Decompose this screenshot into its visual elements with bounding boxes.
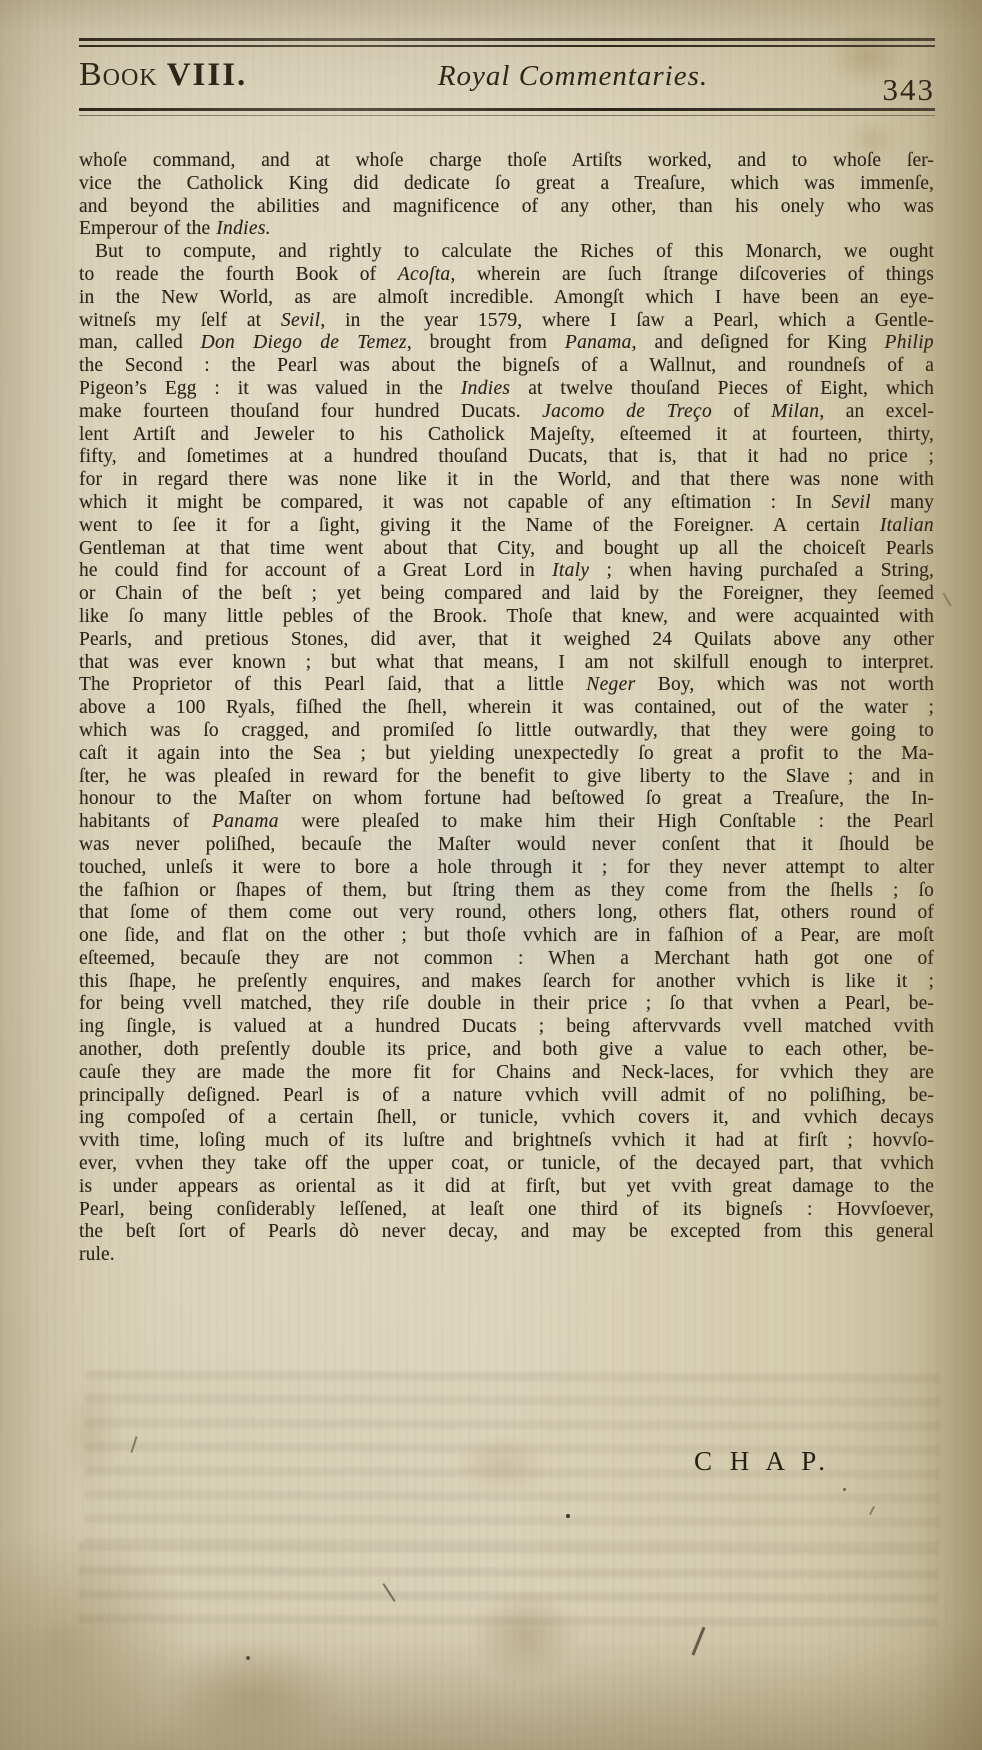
text-line: caſt it again into the Sea ; but yieldin… (79, 743, 934, 766)
text-line: the beſt ſort of Pearls dò never decay, … (79, 1221, 934, 1244)
text-line: vvith time, loſing much of its luſtre an… (79, 1130, 934, 1153)
italic-text: Don Diego de Temez (201, 332, 407, 353)
body-span: or Chain of the beſt ; yet being compare… (79, 583, 934, 604)
text-line: witneſs my ſelf at Sevil, in the year 15… (79, 310, 934, 333)
italic-text: Sevil (831, 492, 870, 513)
italic-text: Italian (880, 515, 934, 536)
text-line: was never poliſhed, becauſe the Maſter w… (79, 834, 934, 857)
italic-text: Italy (552, 560, 589, 581)
body-span: , brought from (407, 332, 565, 353)
text-line: eſteemed, becauſe they are not common : … (79, 948, 934, 971)
text-line: Gentleman at that time went about that C… (79, 538, 934, 561)
body-span: vvith time, loſing much of its luſtre an… (79, 1130, 934, 1151)
body-span: eſteemed, becauſe they are not common : … (79, 948, 934, 969)
text-line: which was ſo cragged, and promiſed ſo li… (79, 720, 934, 743)
text-line: to reade the fourth Book of Acoſta, wher… (79, 264, 934, 287)
text-line: the Second : the Pearl was about the big… (79, 355, 934, 378)
italic-text: Milan (771, 401, 819, 422)
body-span: and beyond the abilities and magnificenc… (79, 196, 934, 217)
text-line: another, doth preſently double its price… (79, 1039, 934, 1062)
body-span: rule. (79, 1244, 115, 1265)
body-span: for in regard there was none like it in … (79, 469, 934, 490)
ink-showthrough (78, 1542, 938, 1638)
text-line: that ſome of them come out very round, o… (79, 902, 934, 925)
header-rule-top (79, 38, 935, 47)
paper-stain (470, 1590, 580, 1680)
body-span: lent Artiſt and Jeweler to his Catholick… (79, 424, 934, 445)
text-line: is under appears as oriental as it did a… (79, 1176, 934, 1199)
text-line: Pearl, being conſiderably leſſened, at l… (79, 1199, 934, 1222)
body-span: were pleaſed to make him their High Conſ… (279, 811, 934, 832)
text-line: man, called Don Diego de Temez, brought … (79, 332, 934, 355)
body-span: Emperour of the (79, 218, 216, 239)
text-line: or Chain of the beſt ; yet being compare… (79, 583, 934, 606)
text-line: principally deſigned. Pearl is of a natu… (79, 1085, 934, 1108)
italic-text: Indies (461, 378, 510, 399)
text-line: which it might be compared, it was not c… (79, 492, 934, 515)
italic-text: Sevil (281, 310, 320, 331)
text-line: But to compute, and rightly to calculate… (79, 241, 934, 264)
pen-mark (382, 1583, 395, 1602)
catchword: C H A P. (694, 1446, 830, 1477)
body-span: Pigeon’s Egg : it was valued in the (79, 378, 461, 399)
text-line: ing ſingle, is valued at a hundred Ducat… (79, 1016, 934, 1039)
text-line: and beyond the abilities and magnificenc… (79, 196, 934, 219)
body-span: which was ſo cragged, and promiſed ſo li… (79, 720, 934, 741)
ink-speck (566, 1514, 570, 1518)
body-span: at twelve thouſand Pieces of Eight, whic… (510, 378, 934, 399)
text-line: like ſo many little pebles of the Brook.… (79, 606, 934, 629)
paper-stain (0, 1530, 190, 1750)
pen-mark (942, 593, 951, 607)
body-span: vice the Catholick King did dedicate ſo … (79, 173, 934, 194)
body-span: that was ever known ; but what that mean… (79, 652, 934, 673)
body-span: principally deſigned. Pearl is of a natu… (79, 1085, 934, 1106)
paper-stain (455, 1435, 550, 1495)
body-span: this ſhape, he preſently enquires, and m… (79, 971, 934, 992)
text-line: that was ever known ; but what that mean… (79, 652, 934, 675)
body-span: , wherein are ſuch ſtrange diſcoveries o… (450, 264, 934, 285)
body-span: was never poliſhed, becauſe the Maſter w… (79, 834, 934, 855)
body-span: ever, vvhen they take off the upper coat… (79, 1153, 934, 1174)
body-span: caſt it again into the Sea ; but yieldin… (79, 743, 934, 764)
text-line: Pigeon’s Egg : it was valued in the Indi… (79, 378, 934, 401)
text-line: fifty, and ſometimes at a hundred thouſa… (79, 446, 934, 469)
text-line: touched, unleſs it were to bore a hole t… (79, 857, 934, 880)
text-line: ever, vvhen they take off the upper coat… (79, 1153, 934, 1176)
body-span: Boy, which was not worth (635, 674, 934, 695)
italic-text: Panama (212, 811, 279, 832)
body-span: of (712, 401, 771, 422)
body-span: Pearls, and pretious Stones, did aver, t… (79, 629, 934, 650)
running-title: Royal Commentaries. (335, 60, 811, 93)
running-head: BookVIII. Royal Commentaries. 343 (79, 56, 935, 94)
body-span: one ſide, and flat on the other ; but th… (79, 925, 934, 946)
body-text: whoſe command, and at whoſe charge thoſe… (79, 150, 934, 1267)
body-span: went to ſee it for a ſight, giving it th… (79, 515, 880, 536)
body-span: above a 100 Ryals, fiſhed the ſhell, whe… (79, 697, 934, 718)
body-span: ſter, he was pleaſed in reward for the b… (79, 766, 934, 787)
body-span: the faſhion or ſhapes of them, but ſtrin… (79, 880, 934, 901)
book-label: BookVIII. (79, 56, 349, 94)
pen-mark (691, 1627, 705, 1656)
text-line: for being vvell matched, they riſe doubl… (79, 993, 934, 1016)
text-line: ſter, he was pleaſed in reward for the b… (79, 766, 934, 789)
pen-mark (130, 1436, 137, 1453)
italic-text: Philip (885, 332, 934, 353)
text-line: Emperour of the Indies. (79, 218, 934, 241)
page-number: 343 (825, 72, 935, 108)
body-span: that ſome of them come out very round, o… (79, 902, 934, 923)
body-span: Pearl, being conſiderably leſſened, at l… (79, 1199, 934, 1220)
text-line: The Proprietor of this Pearl ſaid, that … (79, 674, 934, 697)
text-line: cauſe they are made the more fit for Cha… (79, 1062, 934, 1085)
body-span: to reade the fourth Book of (79, 264, 398, 285)
pen-mark (869, 1506, 875, 1515)
text-line: whoſe command, and at whoſe charge thoſe… (79, 150, 934, 173)
text-line: in the New World, as are almoſt incredib… (79, 287, 934, 310)
text-line: for in regard there was none like it in … (79, 469, 934, 492)
body-span: the beſt ſort of Pearls dò never decay, … (79, 1221, 934, 1242)
body-span: in the New World, as are almoſt incredib… (79, 287, 934, 308)
text-line: this ſhape, he preſently enquires, and m… (79, 971, 934, 994)
body-span: is under appears as oriental as it did a… (79, 1176, 934, 1197)
body-span: habitants of (79, 811, 212, 832)
body-span: make fourteen thouſand four hundred Duca… (79, 401, 542, 422)
text-line: ing compoſed of a certain ſhell, or tuni… (79, 1107, 934, 1130)
text-line: above a 100 Ryals, fiſhed the ſhell, whe… (79, 697, 934, 720)
italic-text: Acoſta (398, 264, 451, 285)
page-edge-shadow (0, 1620, 982, 1750)
body-span: witneſs my ſelf at (79, 310, 281, 331)
ink-speck (843, 1488, 846, 1491)
body-span: But to compute, and rightly to calculate… (95, 241, 934, 262)
body-span: , an excel- (819, 401, 934, 422)
body-span: he could find for account of a Great Lor… (79, 560, 552, 581)
italic-text: Neger (586, 674, 635, 695)
paper-stain (160, 1640, 350, 1750)
body-span: like ſo many little pebles of the Brook.… (79, 606, 934, 627)
body-span: , in the year 1579, where I ſaw a Pearl,… (320, 310, 934, 331)
italic-text: Indies. (216, 218, 271, 239)
text-line: vice the Catholick King did dedicate ſo … (79, 173, 934, 196)
text-line: lent Artiſt and Jeweler to his Catholick… (79, 424, 934, 447)
text-line: Pearls, and pretious Stones, did aver, t… (79, 629, 934, 652)
body-span: ing ſingle, is valued at a hundred Ducat… (79, 1016, 934, 1037)
text-line: habitants of Panama were pleaſed to make… (79, 811, 934, 834)
body-span: man, called (79, 332, 201, 353)
italic-text: Jacomo de Treço (542, 401, 712, 422)
text-line: one ſide, and flat on the other ; but th… (79, 925, 934, 948)
header-rule-bottom (79, 108, 935, 116)
page-edge-shadow (0, 0, 982, 32)
ink-speck (246, 1656, 250, 1660)
body-span: ing compoſed of a certain ſhell, or tuni… (79, 1107, 934, 1128)
body-span: many (871, 492, 934, 513)
italic-text: Panama (565, 332, 632, 353)
body-span: fifty, and ſometimes at a hundred thouſa… (79, 446, 934, 467)
body-span: , and deſigned for King (632, 332, 885, 353)
text-line: honour to the Maſter on whom fortune had… (79, 788, 934, 811)
body-span: honour to the Maſter on whom fortune had… (79, 788, 934, 809)
text-line: the faſhion or ſhapes of them, but ſtrin… (79, 880, 934, 903)
book-word: Book (79, 56, 158, 93)
body-span: The Proprietor of this Pearl ſaid, that … (79, 674, 586, 695)
body-span: another, doth preſently double its price… (79, 1039, 934, 1060)
body-span: for being vvell matched, they riſe doubl… (79, 993, 934, 1014)
book-numeral: VIII. (167, 57, 248, 93)
body-span: whoſe command, and at whoſe charge thoſe… (79, 150, 934, 171)
paper-stain (60, 1380, 120, 1490)
book-page: BookVIII. Royal Commentaries. 343 whoſe … (0, 0, 982, 1750)
body-span: touched, unleſs it were to bore a hole t… (79, 857, 934, 878)
text-line: went to ſee it for a ſight, giving it th… (79, 515, 934, 538)
body-span: which it might be compared, it was not c… (79, 492, 831, 513)
body-span: ; when having purchaſed a String, (589, 560, 934, 581)
text-line: make fourteen thouſand four hundred Duca… (79, 401, 934, 424)
body-span: the Second : the Pearl was about the big… (79, 355, 934, 376)
text-line: rule. (79, 1244, 934, 1267)
page-edge-shadow (0, 0, 40, 1750)
body-span: cauſe they are made the more fit for Cha… (79, 1062, 934, 1083)
text-line: he could find for account of a Great Lor… (79, 560, 934, 583)
body-span: Gentleman at that time went about that C… (79, 538, 934, 559)
